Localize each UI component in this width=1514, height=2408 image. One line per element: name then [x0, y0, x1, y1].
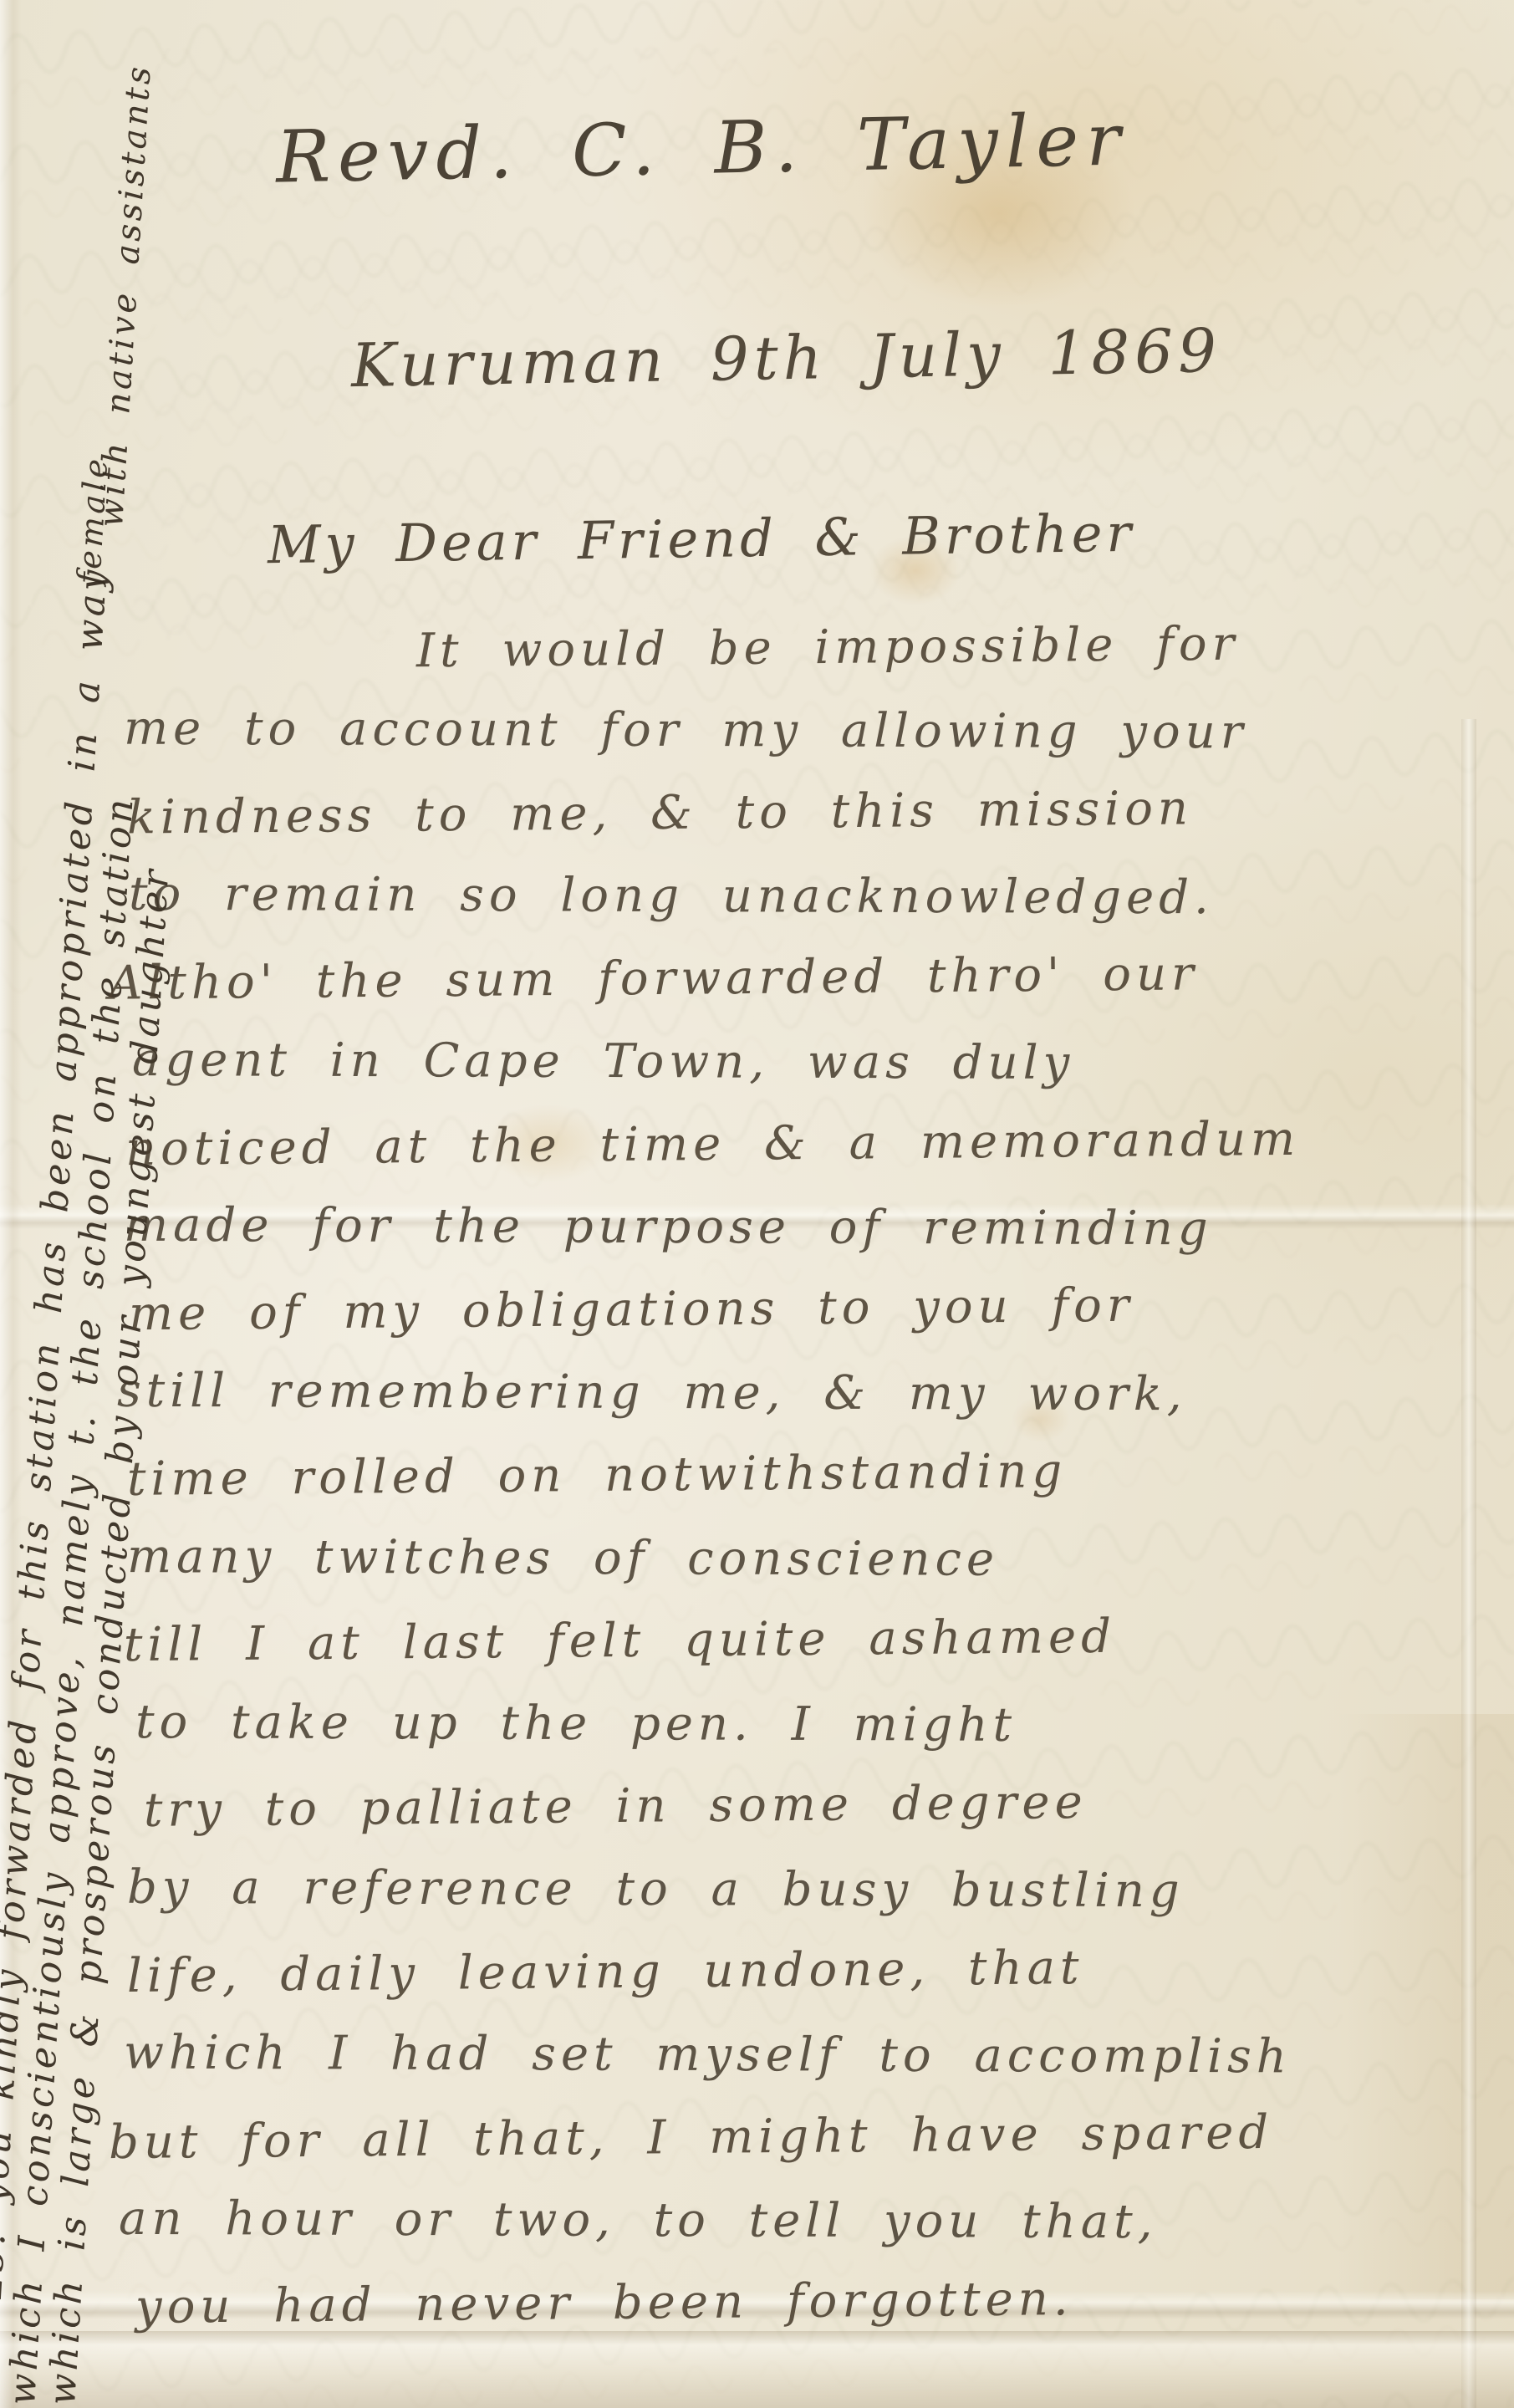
letter-line: time rolled on notwithstanding — [127, 1444, 1068, 1507]
recipient-header: Revd. C. B. Tayler — [275, 98, 1129, 199]
letter-line: many twitches of conscience — [127, 1529, 999, 1587]
letter-line: an hour or two, to tell you that, — [119, 2191, 1158, 2249]
letter-scan: { "document": { "type": "handwritten let… — [0, 0, 1514, 2408]
letter-line: made for the purpose of reminding — [124, 1198, 1213, 1257]
letter-page: The £5. you kindly forwarded for this st… — [0, 0, 1514, 2408]
letter-line: still remembering me, & my work, — [117, 1364, 1187, 1421]
letter-line: till I at last felt quite ashamed — [124, 1610, 1117, 1672]
letter-line: noticed at the time & a memorandum — [125, 1112, 1301, 1176]
letter-line: Altho' the sum forwarded thro' our — [109, 946, 1199, 1010]
letter-line: me of my obligations to you for — [129, 1278, 1134, 1341]
letter-line: to take up the pen. I might — [135, 1695, 1017, 1752]
letter-line: kindness to me, & to this mission — [127, 781, 1194, 844]
letter-line: agent in Cape Town, was duly — [132, 1033, 1074, 1090]
letter-line: you had never been forgotten. — [135, 2272, 1073, 2334]
letter-line: life, daily leaving undone, that — [127, 1941, 1084, 2003]
letter-line: by a reference to a busy bustling — [127, 1860, 1185, 1918]
letter-line: me to account for my allowing your — [124, 701, 1248, 760]
letter-line: to remain so long unacknowledged. — [129, 867, 1214, 926]
letter-line: It would be impossible for — [416, 617, 1240, 679]
letter-line: but for all that, I might have spared — [109, 2105, 1274, 2170]
letter-line: try to palliate in some degree — [144, 1775, 1088, 1838]
salutation: My Dear Friend & Brother — [268, 503, 1136, 575]
letter-line: which I had set myself to accomplish — [124, 2026, 1292, 2084]
